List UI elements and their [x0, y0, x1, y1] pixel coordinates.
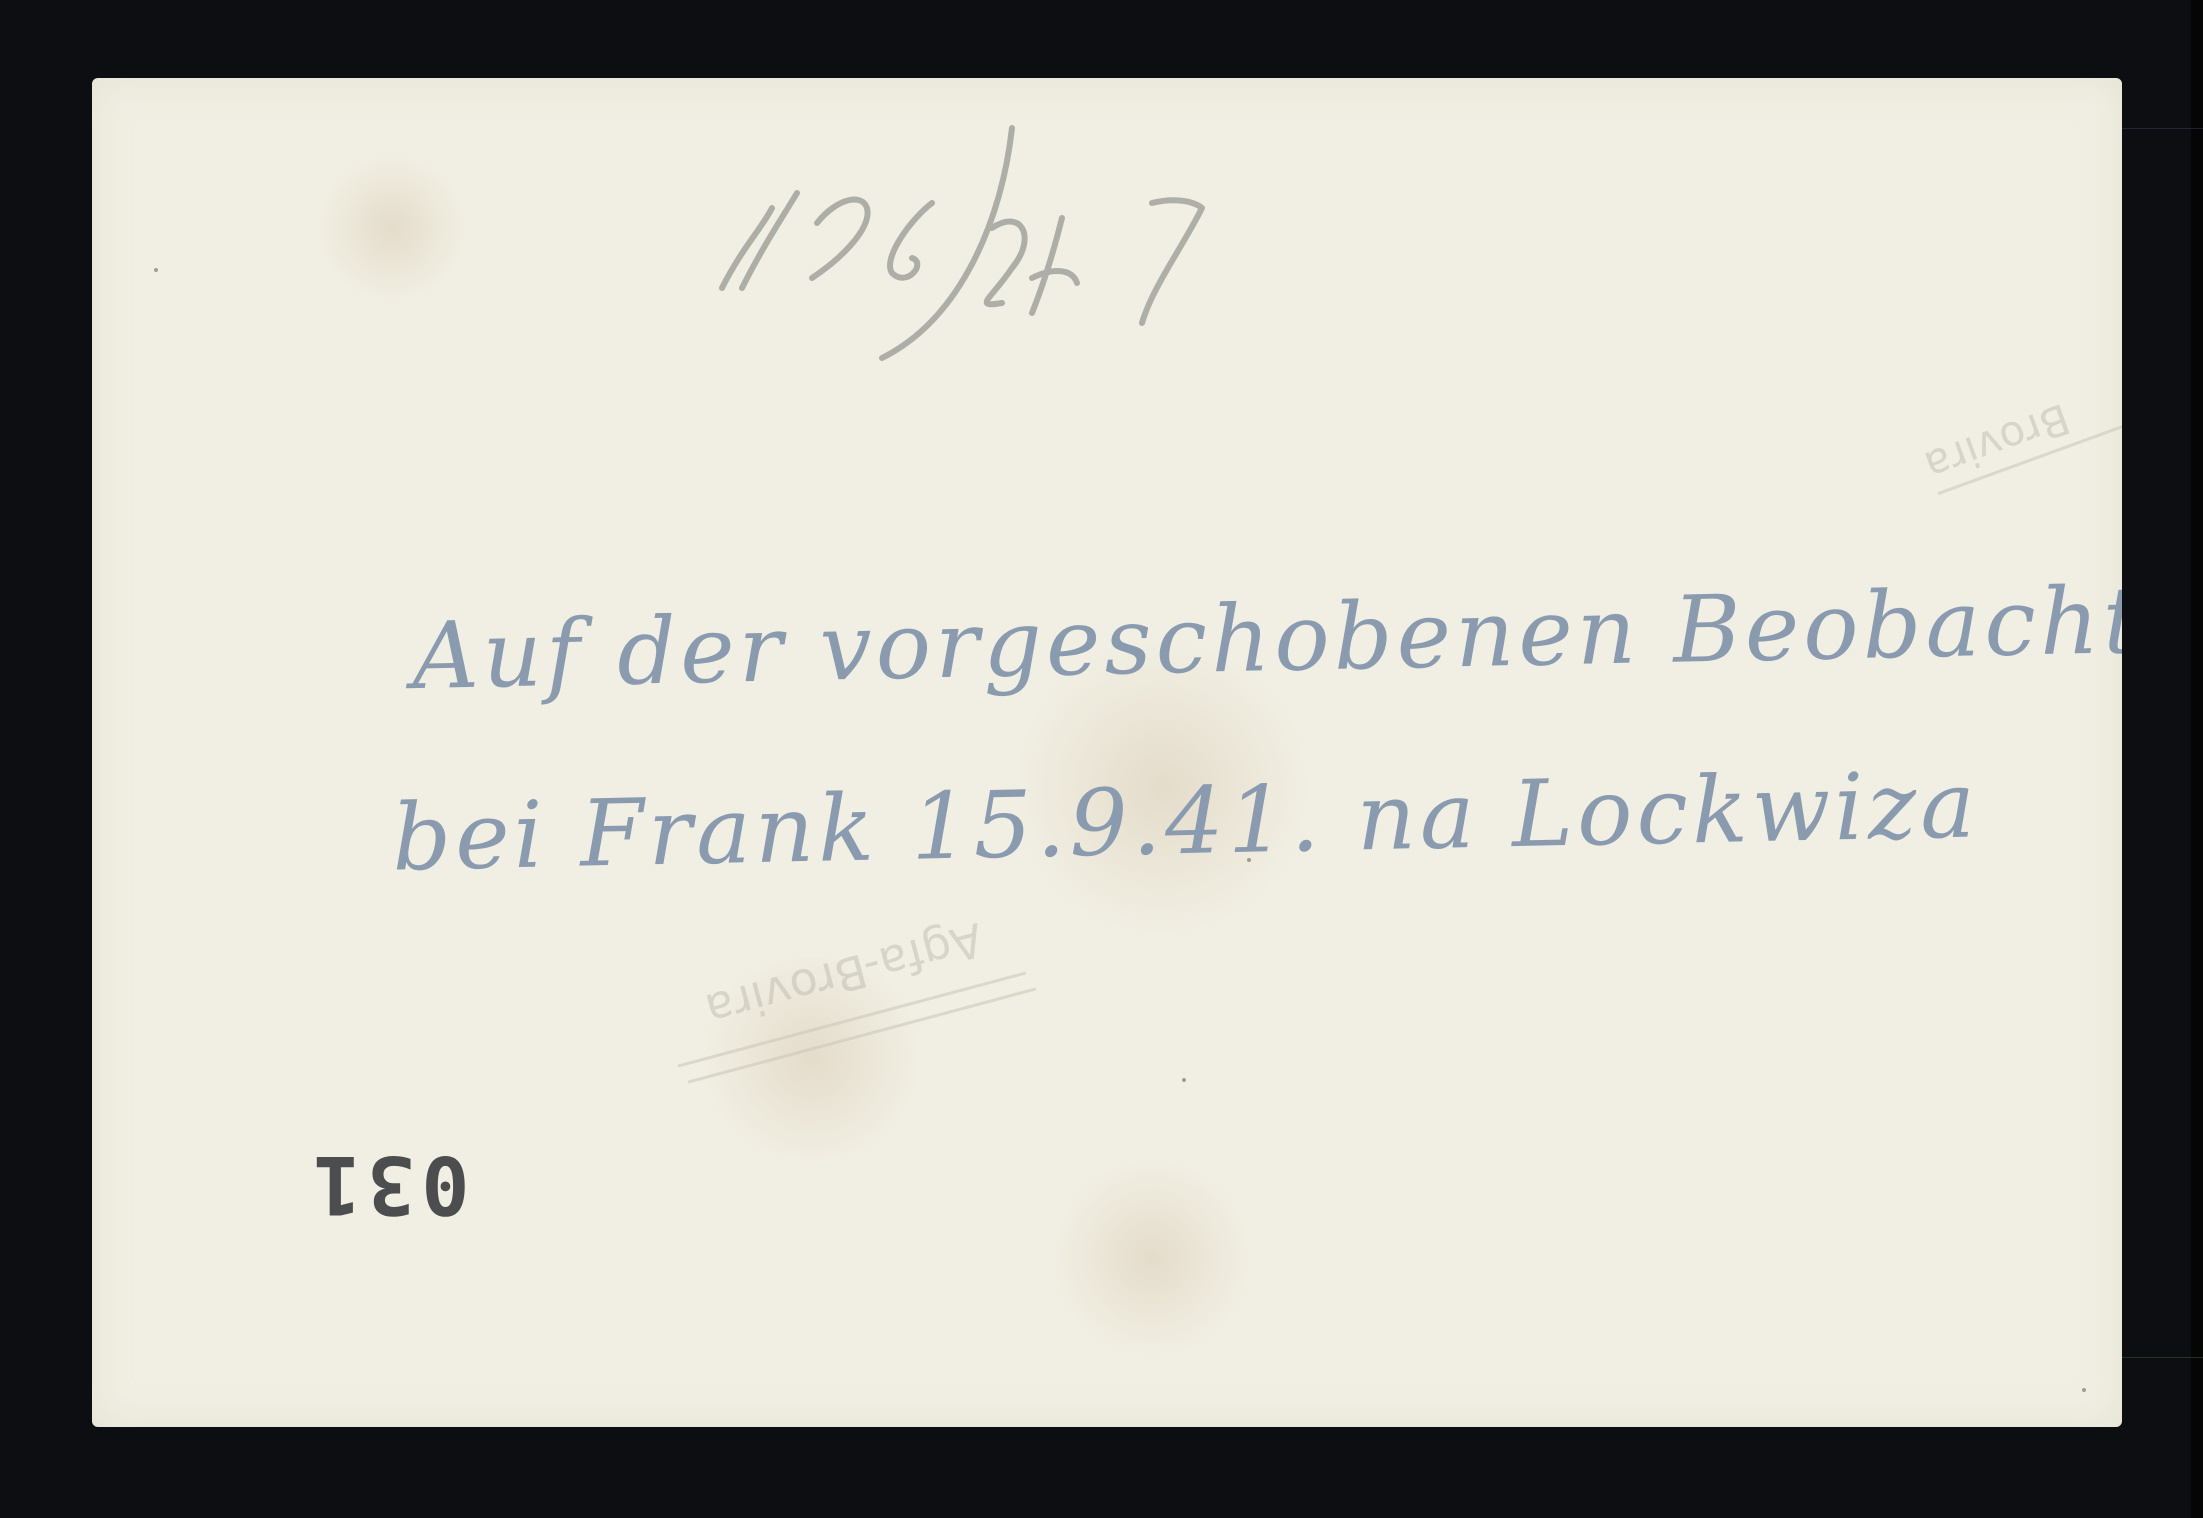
dust-speck — [1247, 858, 1251, 862]
dust-speck — [2082, 1388, 2086, 1392]
scanner-edge-strip — [2191, 0, 2203, 1518]
inscription-line-1: Auf der vorgeschobenen Beobachtung — [411, 563, 2122, 710]
inscription-line-2: bei Frank 15.9.41. na Lockwiza — [391, 751, 1980, 891]
pencil-archive-note — [702, 98, 1422, 398]
fingerprint-smudge — [312, 158, 472, 298]
pencil-handwriting-icon — [702, 98, 1422, 398]
brovira-stamp: Brovira — [1918, 394, 2076, 491]
scanner-artifact-line — [2122, 1357, 2203, 1358]
archive-number-stamp: 031 — [307, 1138, 470, 1231]
scanner-artifact-line — [2122, 128, 2203, 129]
fingerprint-smudge — [1052, 1158, 1252, 1358]
dust-speck — [1182, 1078, 1186, 1082]
dust-speck — [154, 268, 158, 272]
photo-back-card: Auf der vorgeschobenen Beobachtung bei F… — [92, 78, 2122, 1427]
scan-background: Auf der vorgeschobenen Beobachtung bei F… — [0, 0, 2203, 1518]
